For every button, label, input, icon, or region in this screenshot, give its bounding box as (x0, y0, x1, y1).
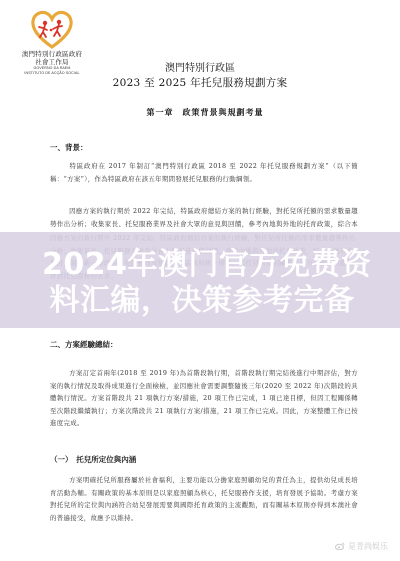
promo-banner-line-1: 2024年澳门官方免费资 (42, 248, 362, 282)
document-page: 澳門特別行政區政府 社會工作局 GOVERNO DA RAEM INSTITUT… (0, 0, 400, 561)
document-title-region: 澳門特別行政區 (100, 61, 300, 76)
paragraph-background-2: 因應方案的執行期於 2022 年完結，特區政府總結方案的執行經驗，對托兒所托額的… (50, 205, 358, 232)
org-name-zh-2: 社會工作局 (14, 58, 90, 66)
section-heading-summary: 二、方案經驗總結： (50, 339, 118, 350)
paragraph-positioning: 方案明確托兒所服務屬於社會福利，主要功能以分擔家庭照顧幼兒的責任為主，提供幼兒成… (50, 474, 358, 524)
chapter-heading: 第一章 政策背景與規劃考量 (130, 107, 280, 118)
subsection-heading-positioning: （一） 托兒所定位與內涵 (50, 454, 136, 465)
paragraph-text: 方案明確托兒所服務屬於社會福利，主要功能以分擔家庭照顧幼兒的責任為主，提供幼兒成… (50, 476, 358, 522)
institution-logo: 澳門特別行政區政府 社會工作局 GOVERNO DA RAEM INSTITUT… (14, 10, 90, 75)
source-watermark: 是青尚娱乐 (335, 541, 388, 552)
weibo-icon (335, 542, 345, 552)
org-name-zh-1: 澳門特別行政區政府 (14, 50, 90, 58)
heart-logo-icon (30, 10, 74, 50)
paragraph-summary: 方案訂定首兩年(2018 至 2019 年)為首階段執行期，首階段執行期完結後進… (50, 367, 358, 430)
watermark-text: 是青尚娱乐 (348, 541, 388, 552)
paragraph-text: 特區政府在 2017 年制訂“澳門特別行政區 2018 至 2022 年托兒服務… (50, 162, 358, 183)
org-name-pt-2: INSTITUTO DE ACÇÃO SOCIAL (14, 71, 90, 76)
document-title-plan: 2023 至 2025 年托兒服務規劃方案 (100, 76, 300, 91)
paragraph-text: 因應方案的執行期於 2022 年完結，特區政府總結方案的執行經驗，對托兒所托額的… (50, 207, 358, 232)
paragraph-text: 方案訂定首兩年(2018 至 2019 年)為首階段執行期，首階段執行期完結後進… (50, 369, 358, 427)
section-heading-background: 一、背景： (50, 142, 88, 153)
paragraph-background-1: 特區政府在 2017 年制訂“澳門特別行政區 2018 至 2022 年托兒服務… (50, 160, 358, 185)
promo-banner-line-2: 料汇编，决策参考完备 (42, 284, 362, 318)
